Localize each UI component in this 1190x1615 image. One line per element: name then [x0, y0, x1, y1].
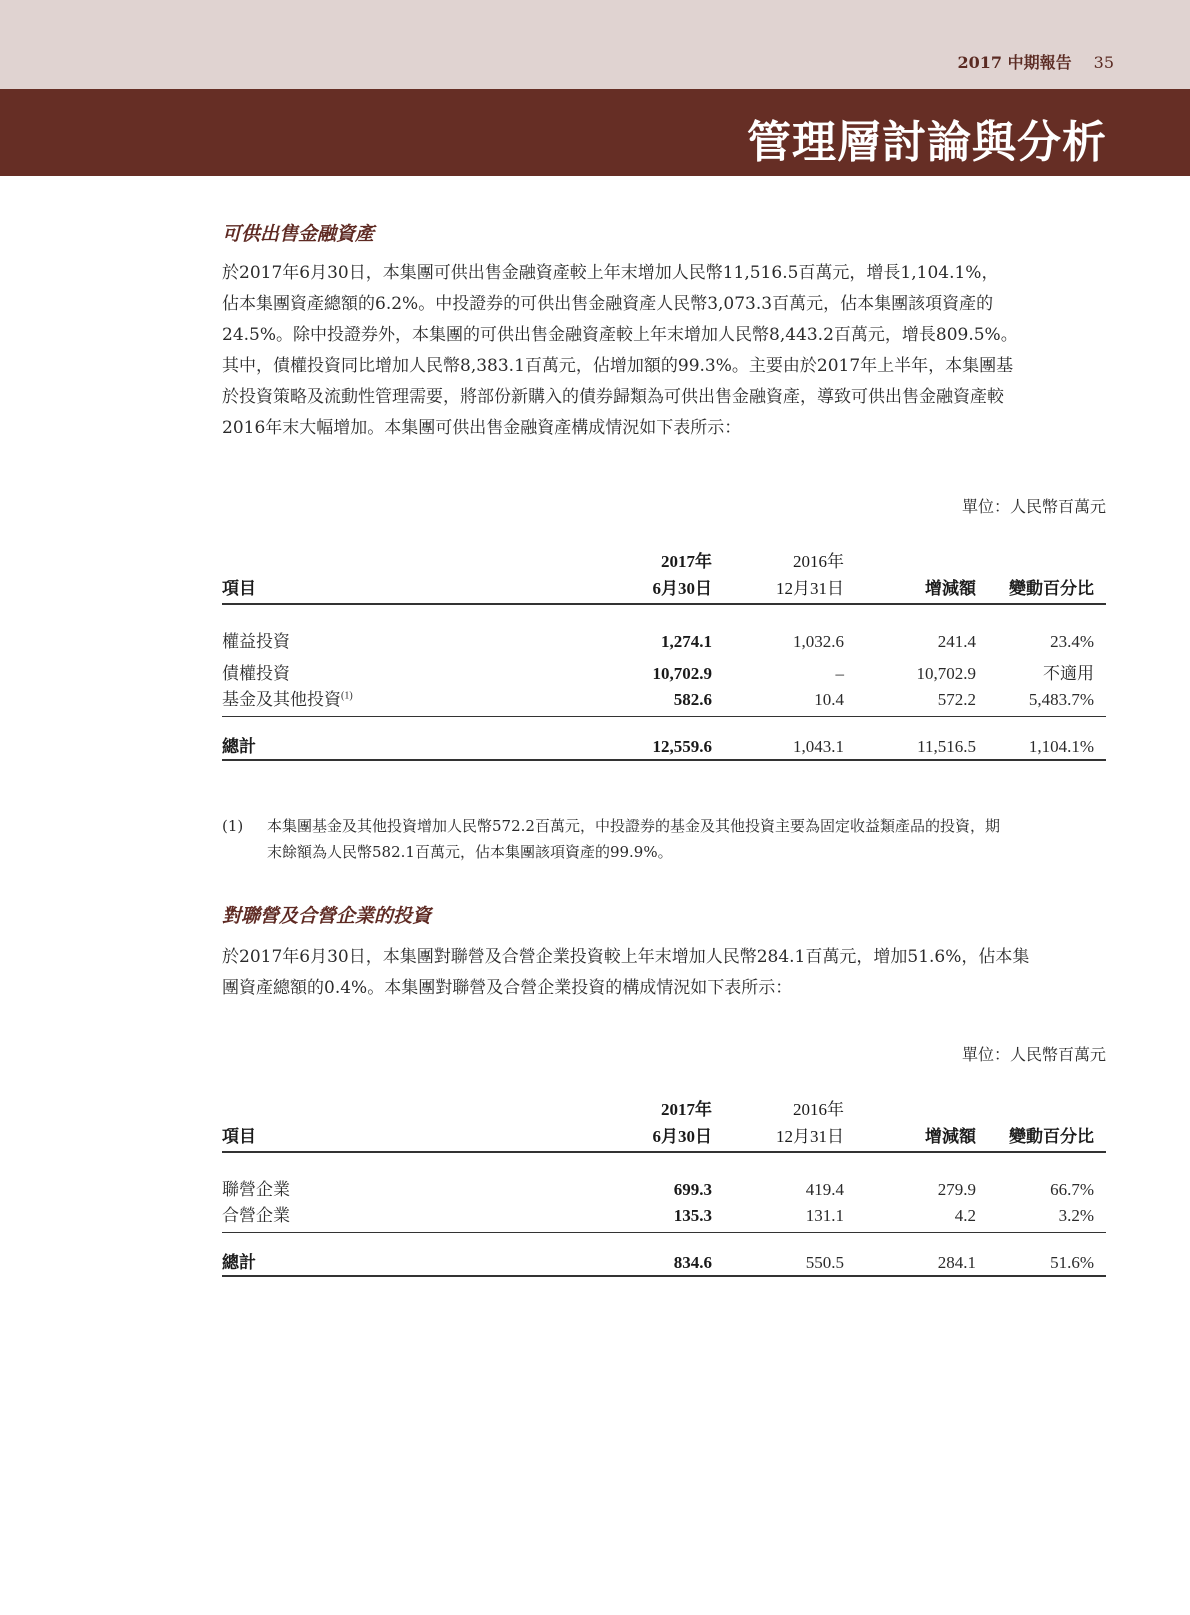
- row-label: 基金及其他投資(1): [222, 684, 552, 716]
- cell-pct: 23.4%: [976, 620, 1106, 652]
- cell-change: 241.4: [844, 620, 976, 652]
- header-cell-pct: 變動百分比: [976, 572, 1106, 604]
- header-cell: [222, 540, 552, 572]
- paragraph-line: 於2017年6月30日，本集團對聯營及合營企業投資較上年末增加人民幣284.1百…: [222, 942, 1106, 973]
- header-cell-item: 項目: [222, 1120, 552, 1152]
- total-label: 總計: [222, 1232, 552, 1276]
- table-row: 債權投資 10,702.9 – 10,702.9 不適用: [222, 652, 1106, 684]
- cell-2017: 135.3: [552, 1200, 712, 1232]
- table-row: 聯營企業 699.3 419.4 279.9 66.7%: [222, 1168, 1106, 1200]
- cell-2016: 1,032.6: [712, 620, 844, 652]
- row-label: 權益投資: [222, 620, 552, 652]
- header-cell-2017: 6月30日: [552, 1120, 712, 1152]
- header-cell: 2016年: [712, 540, 844, 572]
- header-cell: [222, 1088, 552, 1120]
- footnote-text: 本集團基金及其他投資增加人民幣572.2百萬元，中投證券的基金及其他投資主要為固…: [267, 813, 1106, 865]
- paragraph-line: 佔本集團資產總額的6.2%。中投證券的可供出售金融資產人民幣3,073.3百萬元…: [222, 289, 1106, 320]
- header-cell: [976, 540, 1106, 572]
- table-header-row: 2017年 2016年: [222, 1088, 1106, 1120]
- afs-table: 2017年 2016年 項目 6月30日 12月31日 增減額 變動百分比 權益…: [222, 540, 1106, 761]
- cell-2016: –: [712, 652, 844, 684]
- header-cell-change: 增減額: [844, 1120, 976, 1152]
- row-label: 聯營企業: [222, 1168, 552, 1200]
- header-top-band: [0, 0, 1190, 89]
- paragraph-line: 2016年末大幅增加。本集團可供出售金融資產構成情況如下表所示：: [222, 413, 1106, 444]
- total-change: 284.1: [844, 1232, 976, 1276]
- table-header-row: 項目 6月30日 12月31日 增減額 變動百分比: [222, 1120, 1106, 1152]
- table-total-row: 總計 834.6 550.5 284.1 51.6%: [222, 1232, 1106, 1276]
- row-label: 債權投資: [222, 652, 552, 684]
- total-pct: 51.6%: [976, 1232, 1106, 1276]
- cell-change: 10,702.9: [844, 652, 976, 684]
- header-cell-2017: 6月30日: [552, 572, 712, 604]
- header-cell: 2017年: [552, 540, 712, 572]
- running-header: 2017 中期報告35: [958, 50, 1114, 73]
- footnote-line: 末餘額為人民幣582.1百萬元，佔本集團該項資產的99.9%。: [267, 839, 1106, 865]
- cell-2017: 10,702.9: [552, 652, 712, 684]
- header-cell-change: 增減額: [844, 572, 976, 604]
- table-header-row: 2017年 2016年: [222, 540, 1106, 572]
- header-cell: [844, 540, 976, 572]
- report-title: 2017 中期報告: [958, 53, 1072, 72]
- paragraph-line: 團資產總額的0.4%。本集團對聯營及合營企業投資的構成情況如下表所示：: [222, 973, 1106, 1004]
- paragraph-line: 其中，債權投資同比增加人民幣8,383.1百萬元，佔增加額的99.3%。主要由於…: [222, 351, 1106, 382]
- cell-2016: 10.4: [712, 684, 844, 716]
- header-cell: [976, 1088, 1106, 1120]
- header-cell-2016: 12月31日: [712, 572, 844, 604]
- cell-2017: 582.6: [552, 684, 712, 716]
- page-number: 35: [1094, 53, 1114, 72]
- unit-label: 單位：人民幣百萬元: [962, 494, 1106, 517]
- total-pct: 1,104.1%: [976, 716, 1106, 760]
- total-2017: 12,559.6: [552, 716, 712, 760]
- table-row: 合營企業 135.3 131.1 4.2 3.2%: [222, 1200, 1106, 1232]
- cell-pct: 不適用: [976, 652, 1106, 684]
- header-cell: [844, 1088, 976, 1120]
- cell-change: 279.9: [844, 1168, 976, 1200]
- footnote-line: 本集團基金及其他投資增加人民幣572.2百萬元，中投證券的基金及其他投資主要為固…: [267, 813, 1106, 839]
- footnote: (1) 本集團基金及其他投資增加人民幣572.2百萬元，中投證券的基金及其他投資…: [222, 813, 1106, 865]
- header-cell: 2016年: [712, 1088, 844, 1120]
- header-cell-item: 項目: [222, 572, 552, 604]
- total-label: 總計: [222, 716, 552, 760]
- section-heading-associates: 對聯營及合營企業的投資: [222, 901, 431, 928]
- cell-change: 572.2: [844, 684, 976, 716]
- cell-pct: 66.7%: [976, 1168, 1106, 1200]
- table-total-row: 總計 12,559.6 1,043.1 11,516.5 1,104.1%: [222, 716, 1106, 760]
- cell-change: 4.2: [844, 1200, 976, 1232]
- page-title: 管理層討論與分析: [747, 106, 1107, 170]
- table-row: 基金及其他投資(1) 582.6 10.4 572.2 5,483.7%: [222, 684, 1106, 716]
- header-cell-pct: 變動百分比: [976, 1120, 1106, 1152]
- paragraph-associates: 於2017年6月30日，本集團對聯營及合營企業投資較上年末增加人民幣284.1百…: [222, 942, 1106, 1004]
- row-label-text: 基金及其他投資: [222, 690, 341, 709]
- footnote-ref: (1): [341, 690, 353, 701]
- total-2016: 1,043.1: [712, 716, 844, 760]
- footnote-mark: (1): [222, 813, 243, 839]
- table-header-row: 項目 6月30日 12月31日 增減額 變動百分比: [222, 572, 1106, 604]
- cell-2016: 131.1: [712, 1200, 844, 1232]
- cell-pct: 5,483.7%: [976, 684, 1106, 716]
- section-heading-afs: 可供出售金融資產: [222, 219, 374, 246]
- paragraph-line: 於2017年6月30日，本集團可供出售金融資產較上年末增加人民幣11,516.5…: [222, 258, 1106, 289]
- cell-2016: 419.4: [712, 1168, 844, 1200]
- cell-2017: 1,274.1: [552, 620, 712, 652]
- cell-pct: 3.2%: [976, 1200, 1106, 1232]
- cell-2017: 699.3: [552, 1168, 712, 1200]
- paragraph-line: 於投資策略及流動性管理需要，將部份新購入的債券歸類為可供出售金融資產，導致可供出…: [222, 382, 1106, 413]
- unit-label: 單位：人民幣百萬元: [962, 1042, 1106, 1065]
- table-row: 權益投資 1,274.1 1,032.6 241.4 23.4%: [222, 620, 1106, 652]
- paragraph-afs: 於2017年6月30日，本集團可供出售金融資產較上年末增加人民幣11,516.5…: [222, 258, 1106, 444]
- associates-table: 2017年 2016年 項目 6月30日 12月31日 增減額 變動百分比 聯營…: [222, 1088, 1106, 1277]
- total-change: 11,516.5: [844, 716, 976, 760]
- total-2017: 834.6: [552, 1232, 712, 1276]
- header-cell-2016: 12月31日: [712, 1120, 844, 1152]
- paragraph-line: 24.5%。除中投證券外，本集團的可供出售金融資產較上年末增加人民幣8,443.…: [222, 320, 1106, 351]
- header-cell: 2017年: [552, 1088, 712, 1120]
- row-label: 合營企業: [222, 1200, 552, 1232]
- total-2016: 550.5: [712, 1232, 844, 1276]
